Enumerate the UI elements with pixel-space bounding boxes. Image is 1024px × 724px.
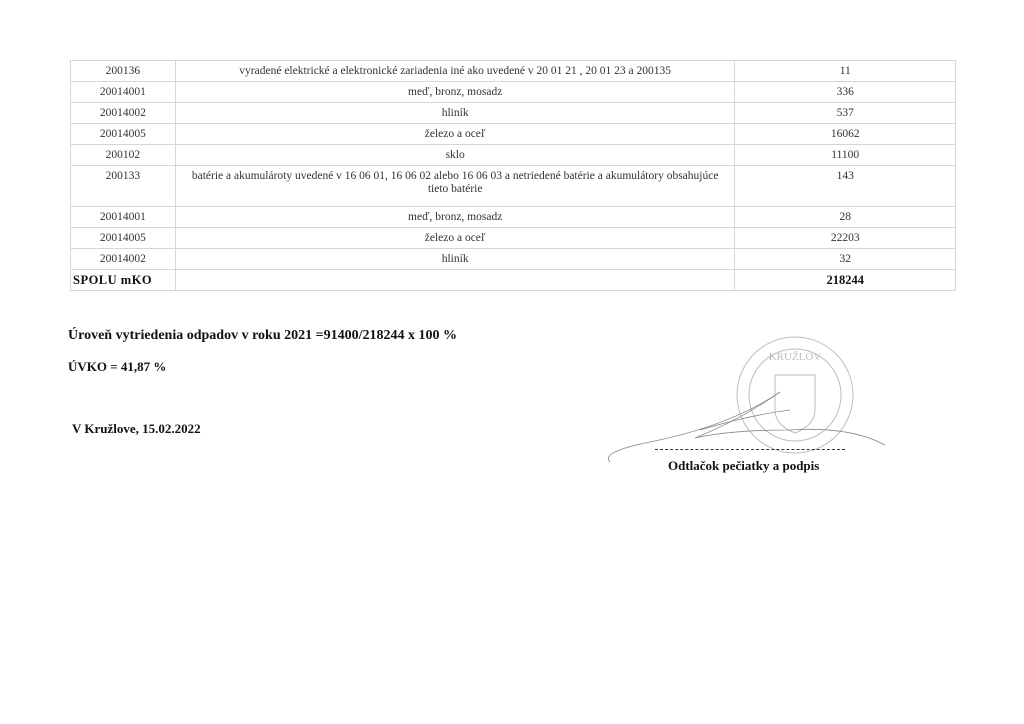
total-description xyxy=(175,270,735,291)
waste-quantity: 11100 xyxy=(735,145,956,166)
waste-quantity: 32 xyxy=(735,249,956,270)
table-row: 200133 batérie a akumulároty uvedené v 1… xyxy=(71,166,956,207)
waste-quantity: 28 xyxy=(735,207,956,228)
waste-description: meď, bronz, mosadz xyxy=(175,82,735,103)
waste-code: 20014005 xyxy=(71,228,176,249)
stamp-text: KRUŽLOV xyxy=(769,351,822,363)
waste-code: 200102 xyxy=(71,145,176,166)
waste-description: hliník xyxy=(175,103,735,124)
sorting-level-calculation: Úroveň vytriedenia odpadov v roku 2021 =… xyxy=(68,328,457,344)
total-quantity: 218244 xyxy=(735,270,956,291)
table-row: 20014001 meď, bronz, mosadz 28 xyxy=(71,207,956,228)
waste-quantity: 22203 xyxy=(735,228,956,249)
waste-code: 20014001 xyxy=(71,82,176,103)
table-row: 200102 sklo 11100 xyxy=(71,145,956,166)
waste-code: 20014002 xyxy=(71,249,176,270)
waste-quantity: 537 xyxy=(735,103,956,124)
waste-description: hliník xyxy=(175,249,735,270)
waste-description: vyradené elektrické a elektronické zaria… xyxy=(175,61,735,82)
table-row: 20014005 železo a oceľ 22203 xyxy=(71,228,956,249)
waste-code: 20014002 xyxy=(71,103,176,124)
waste-table: 200136 vyradené elektrické a elektronick… xyxy=(70,60,956,291)
waste-description: železo a oceľ xyxy=(175,228,735,249)
waste-code: 20014005 xyxy=(71,124,176,145)
waste-quantity: 16062 xyxy=(735,124,956,145)
signature-label: Odtlačok pečiatky a podpis xyxy=(668,458,819,474)
table-row: 20014002 hliník 537 xyxy=(71,103,956,124)
uvko-result: ÚVKO = 41,87 % xyxy=(68,359,166,375)
waste-description: batérie a akumulároty uvedené v 16 06 01… xyxy=(175,166,735,207)
signature-line xyxy=(655,449,845,450)
waste-description: meď, bronz, mosadz xyxy=(175,207,735,228)
waste-code: 200133 xyxy=(71,166,176,207)
waste-code: 20014001 xyxy=(71,207,176,228)
total-row: SPOLU mKO 218244 xyxy=(71,270,956,291)
waste-quantity: 143 xyxy=(735,166,956,207)
table-row: 20014005 železo a oceľ 16062 xyxy=(71,124,956,145)
place-and-date: V Kružlove, 15.02.2022 xyxy=(72,421,201,437)
table-row: 20014001 meď, bronz, mosadz 336 xyxy=(71,82,956,103)
waste-quantity: 11 xyxy=(735,61,956,82)
waste-description: sklo xyxy=(175,145,735,166)
table-row: 20014002 hliník 32 xyxy=(71,249,956,270)
table-row: 200136 vyradené elektrické a elektronick… xyxy=(71,61,956,82)
waste-quantity: 336 xyxy=(735,82,956,103)
waste-description: železo a oceľ xyxy=(175,124,735,145)
total-label: SPOLU mKO xyxy=(71,270,176,291)
waste-code: 200136 xyxy=(71,61,176,82)
